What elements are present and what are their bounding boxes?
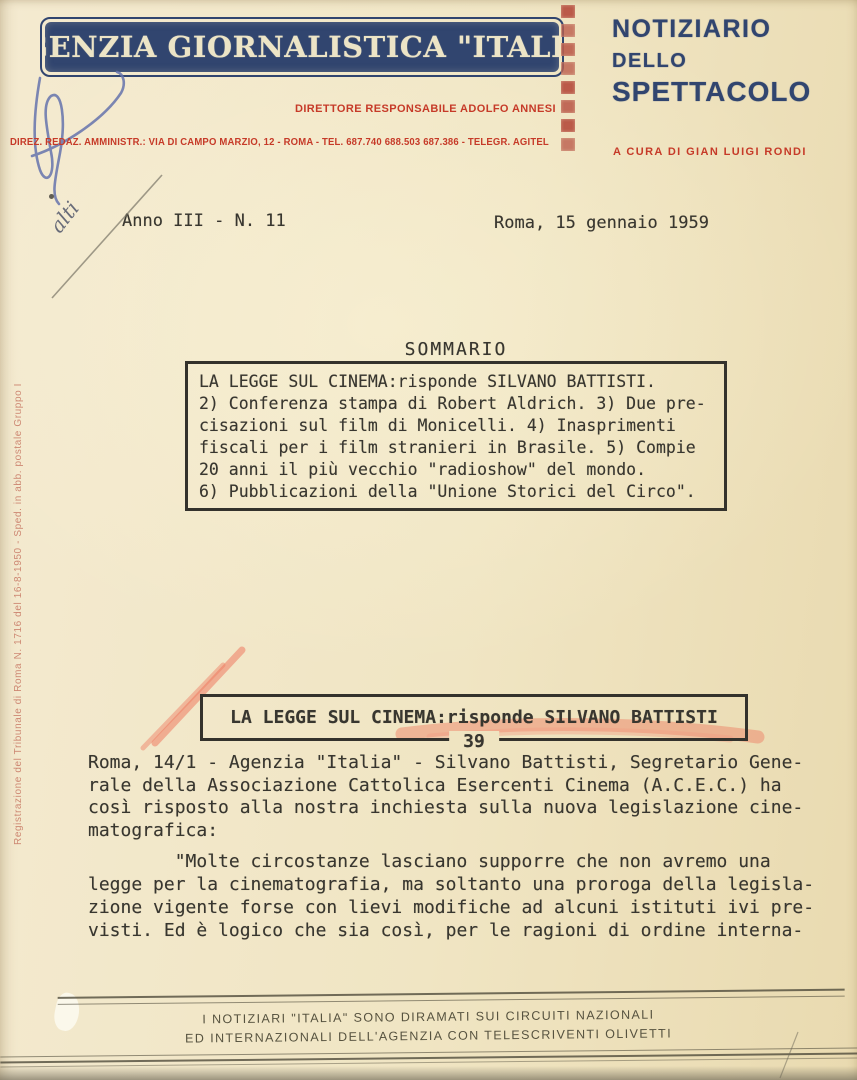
footer-top-rule: [58, 989, 845, 1005]
article-number: 39: [449, 731, 499, 752]
red-square-marker: [561, 24, 575, 37]
scanned-news-bulletin-page: AGENZIA GIORNALISTICA "ITALIA" DIRETTORE…: [0, 0, 857, 1080]
masthead-word-1: NOTIZIARIO: [612, 17, 811, 42]
pencil-diagonal-line: [45, 170, 170, 305]
article-paragraph-1: Roma, 14/1 - Agenzia "Italia" - Silvano …: [88, 752, 803, 842]
article-headline-box: LA LEGGE SUL CINEMA:risponde SILVANO BAT…: [200, 694, 748, 741]
red-square-column: [561, 5, 575, 151]
curator-line: A CURA DI GIAN LUIGI RONDI: [613, 146, 807, 158]
sommario-lines: LA LEGGE SUL CINEMA:risponde SILVANO BAT…: [199, 371, 713, 503]
masthead-word-3: SPETTACOLO: [612, 78, 811, 106]
red-square-marker: [561, 100, 575, 113]
dateline: Roma, 15 gennaio 1959: [494, 213, 709, 233]
footer-line-2: ED INTERNAZIONALI DELL'AGENZIA CON TELES…: [0, 1025, 857, 1048]
registration-line: Registrazione del Tribunale di Roma N. 1…: [13, 383, 24, 845]
ink-dot: [49, 194, 54, 199]
handwritten-initials-ink: [18, 58, 258, 213]
address-line: DIREZ. REDAZ. AMMINISTR.: VIA DI CAMPO M…: [10, 137, 549, 148]
red-square-marker: [561, 138, 575, 151]
sommario-title: SOMMARIO: [185, 339, 727, 360]
issue-number: Anno III - N. 11: [122, 211, 286, 231]
footer-band: I NOTIZIARI "ITALIA" SONO DIRAMATI SUI C…: [0, 989, 857, 1068]
red-square-marker: [561, 119, 575, 132]
agency-stamp-banner: AGENZIA GIORNALISTICA "ITALIA": [40, 17, 564, 77]
red-square-marker: [561, 62, 575, 75]
agency-name: AGENZIA GIORNALISTICA "ITALIA": [45, 30, 559, 64]
paper-bottom-edge: [0, 1066, 857, 1080]
bulletin-masthead: NOTIZIARIO DELLO SPETTACOLO: [612, 17, 811, 106]
agency-stamp-fill: AGENZIA GIORNALISTICA "ITALIA": [45, 22, 559, 72]
handwritten-margin-note: alti: [45, 197, 84, 238]
masthead-word-2: DELLO: [612, 51, 811, 71]
article-paragraph-2: "Molte circostanze lasciano supporre che…: [88, 850, 814, 942]
red-square-marker: [561, 5, 575, 18]
sommario-box: LA LEGGE SUL CINEMA:risponde SILVANO BAT…: [185, 361, 727, 511]
article-headline: LA LEGGE SUL CINEMA:risponde SILVANO BAT…: [230, 707, 718, 728]
red-square-marker: [561, 81, 575, 94]
director-line: DIRETTORE RESPONSABILE ADOLFO ANNESI: [295, 103, 550, 115]
red-square-marker: [561, 43, 575, 56]
